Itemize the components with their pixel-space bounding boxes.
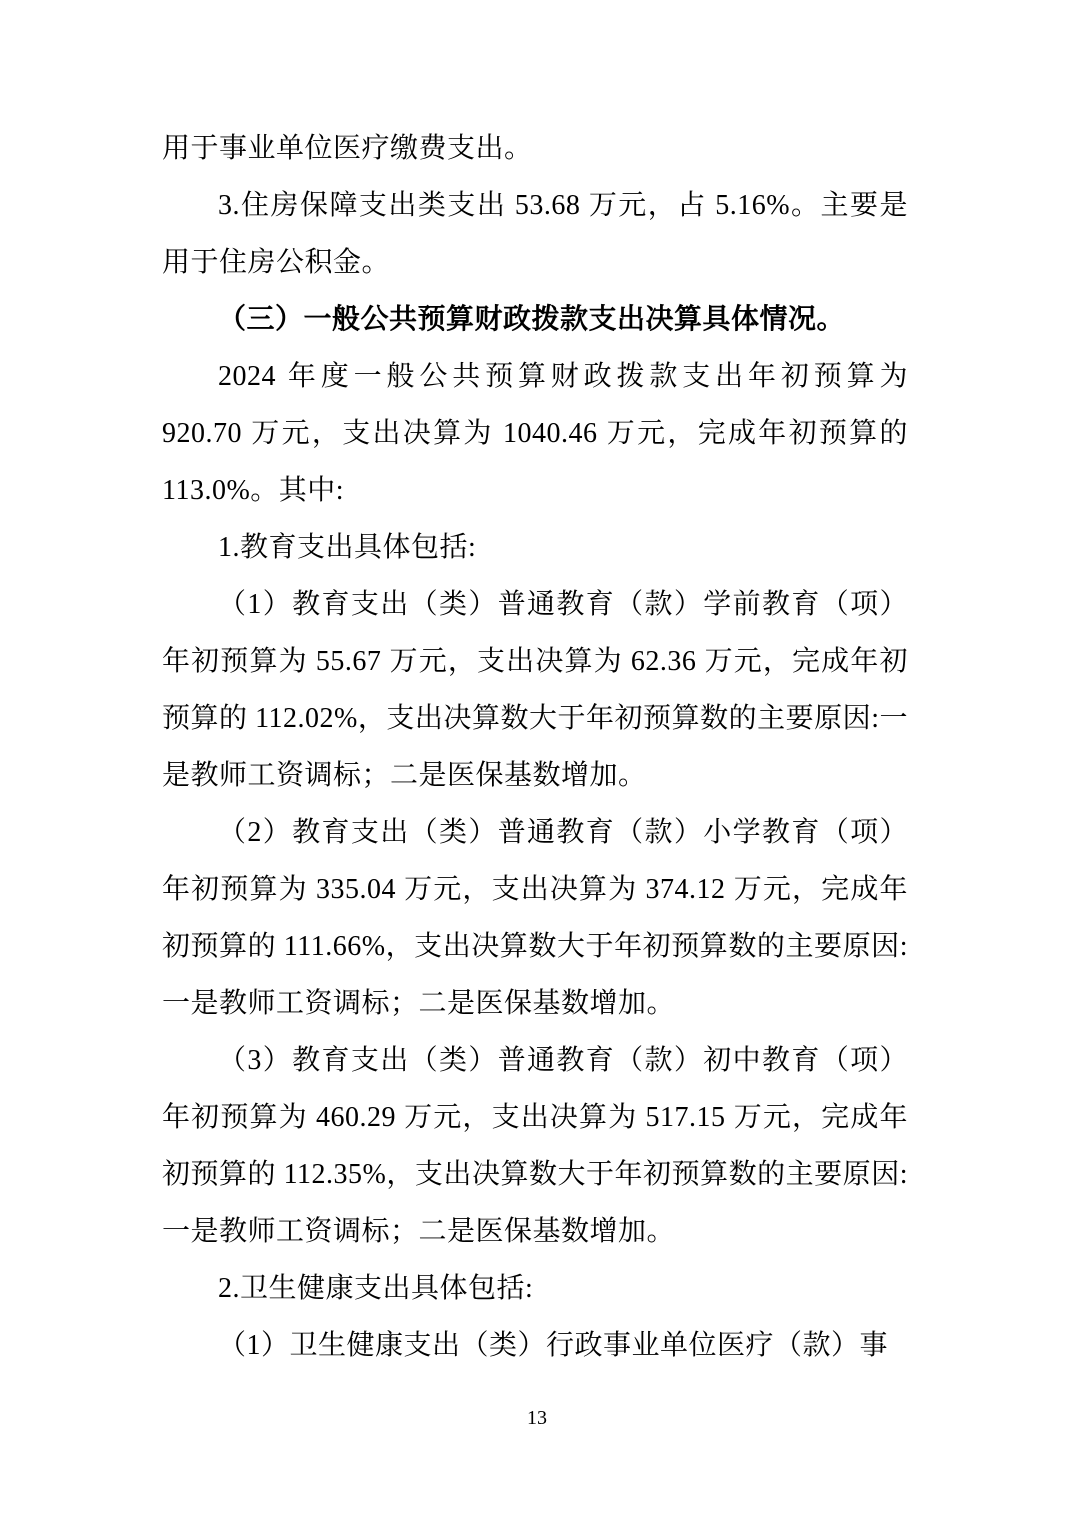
paragraph-middle-school-education: （3）教育支出（类）普通教育（款）初中教育（项）年初预算为 460.29 万元，… [162, 1032, 908, 1260]
paragraph-budget-overview: 2024 年度一般公共预算财政拨款支出年初预算为 920.70 万元，支出决算为… [162, 348, 908, 519]
paragraph-preschool-education: （1）教育支出（类）普通教育（款）学前教育（项）年初预算为 55.67 万元，支… [162, 576, 908, 804]
page-number: 13 [0, 1404, 1074, 1432]
subheading-education-expense: 1.教育支出具体包括: [162, 519, 908, 576]
section-heading: （三）一般公共预算财政拨款支出决算具体情况。 [162, 291, 908, 348]
paragraph-continuation: 用于事业单位医疗缴费支出。 [162, 120, 908, 177]
document-body: 用于事业单位医疗缴费支出。 3.住房保障支出类支出 53.68 万元，占 5.1… [162, 120, 908, 1374]
paragraph-health-expense: （1）卫生健康支出（类）行政事业单位医疗（款）事 [162, 1317, 908, 1374]
document-page: 用于事业单位医疗缴费支出。 3.住房保障支出类支出 53.68 万元，占 5.1… [0, 0, 1074, 1520]
paragraph-housing-expense: 3.住房保障支出类支出 53.68 万元，占 5.16%。主要是用于住房公积金。 [162, 177, 908, 291]
paragraph-primary-education: （2）教育支出（类）普通教育（款）小学教育（项）年初预算为 335.04 万元，… [162, 804, 908, 1032]
subheading-health-expense: 2.卫生健康支出具体包括: [162, 1260, 908, 1317]
